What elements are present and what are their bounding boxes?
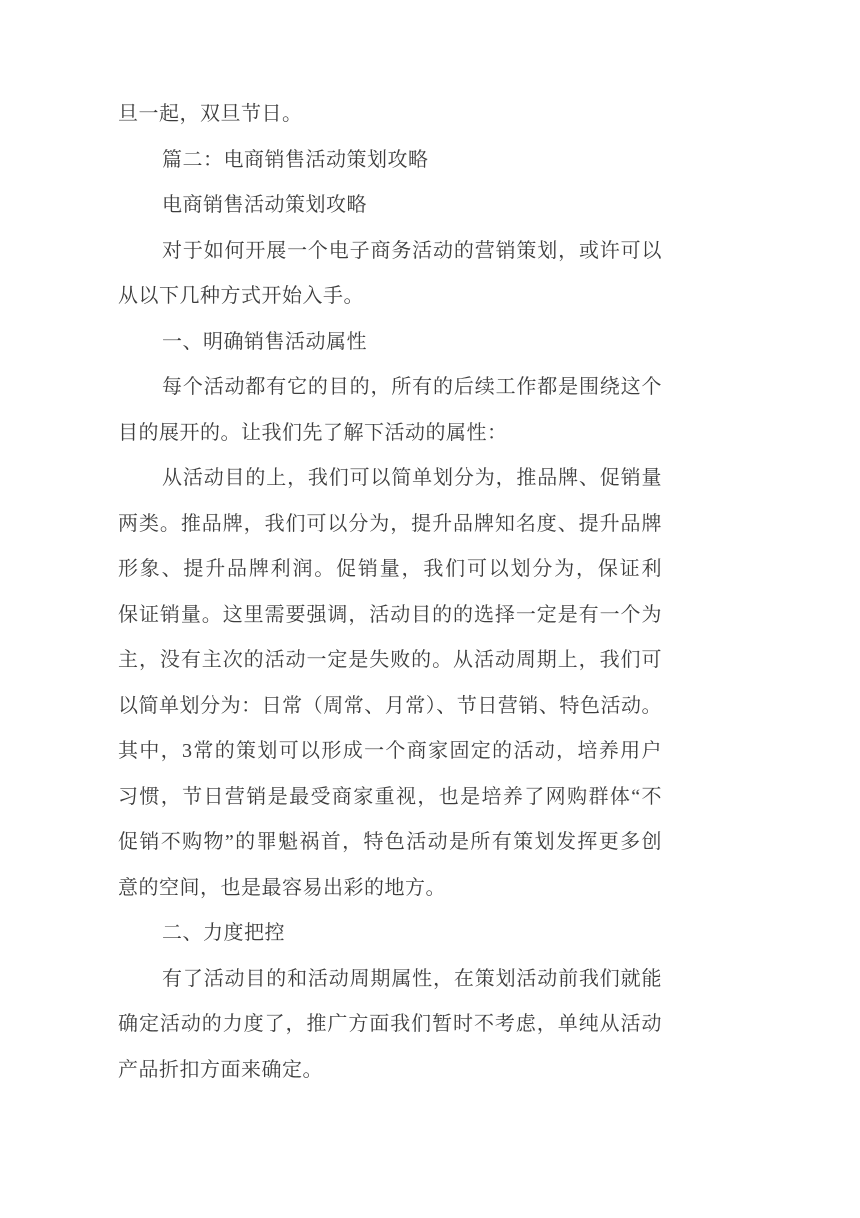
text-line: 旦一起，双旦节日。 [118, 92, 662, 138]
text-line: 产品折扣方面来确定。 [118, 1048, 662, 1094]
text-line: 目的展开的。让我们先了解下活动的属性： [118, 411, 662, 457]
text-line: 每个活动都有它的目的，所有的后续工作都是围绕这个 [118, 365, 662, 411]
text-line: 一、明确销售活动属性 [118, 320, 662, 366]
text-line: 从活动目的上，我们可以简单划分为，推品牌、促销量 [118, 456, 662, 502]
text-line: 意的空间，也是最容易出彩的地方。 [118, 866, 662, 912]
text-line: 形象、提升品牌利润。促销量，我们可以划分为，保证利润、 [118, 547, 662, 593]
document-page: 旦一起，双旦节日。篇二：电商销售活动策划攻略电商销售活动策划攻略对于如何开展一个… [0, 0, 860, 1218]
text-line: 确定活动的力度了，推广方面我们暂时不考虑，单纯从活动 [118, 1002, 662, 1048]
text-line: 篇二：电商销售活动策划攻略 [118, 138, 662, 184]
text-line: 从以下几种方式开始入手。 [118, 274, 662, 320]
text-line: 主，没有主次的活动一定是失败的。从活动周期上，我们可 [118, 638, 662, 684]
document-body: 旦一起，双旦节日。篇二：电商销售活动策划攻略电商销售活动策划攻略对于如何开展一个… [118, 92, 662, 1093]
text-line: 以简单划分为：日常（周常、月常）、节日营销、特色活动。 [118, 684, 662, 730]
text-line: 习惯，节日营销是最受商家重视，也是培养了网购群体“不 [118, 775, 662, 821]
text-line: 促销不购物”的罪魁祸首，特色活动是所有策划发挥更多创 [118, 820, 662, 866]
text-line: 对于如何开展一个电子商务活动的营销策划，或许可以 [118, 229, 662, 275]
text-line: 有了活动目的和活动周期属性，在策划活动前我们就能 [118, 957, 662, 1003]
text-line: 其中，3常的策划可以形成一个商家固定的活动，培养用户 [118, 729, 662, 775]
text-line: 电商销售活动策划攻略 [118, 183, 662, 229]
text-line: 保证销量。这里需要强调，活动目的的选择一定是有一个为 [118, 593, 662, 639]
text-line: 二、力度把控 [118, 911, 662, 957]
text-line: 两类。推品牌，我们可以分为，提升品牌知名度、提升品牌 [118, 502, 662, 548]
